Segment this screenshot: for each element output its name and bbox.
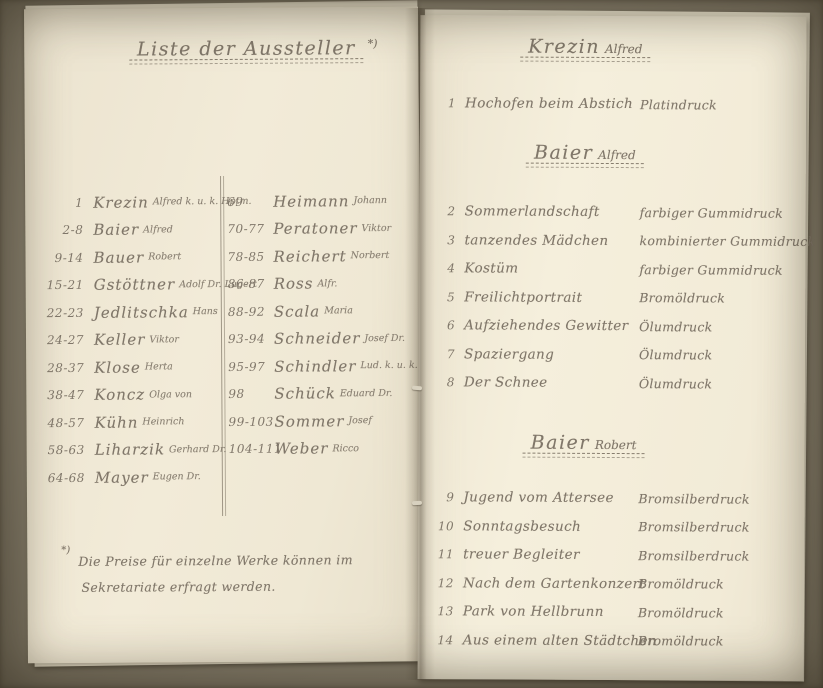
exhibitor-given-name: Gerhard Dr.: [169, 444, 226, 455]
catalog-number: 22-23: [34, 306, 84, 320]
catalog-number: 9-14: [33, 251, 83, 265]
work-row: 13Park von HellbrunnBromöldruck: [426, 597, 800, 627]
section-entries: 1Hochofen beim AbstichPlatindruck: [428, 89, 802, 119]
left-page: Liste der Aussteller*) 1KrezinAlfred k. …: [24, 7, 422, 663]
catalog-number: 98: [228, 387, 270, 401]
exhibitor-given-name: Herta: [145, 362, 173, 373]
exhibitor-surname: Schück: [274, 385, 336, 403]
work-row: 14Aus einem alten StädtchenBromöldruck: [426, 626, 800, 656]
section-heading: BaierAlfred: [420, 141, 750, 168]
work-technique: Ölumdruck: [639, 347, 801, 363]
work-technique: Bromsilberdruck: [638, 491, 800, 507]
exhibitor-given-name: Robert: [148, 252, 181, 263]
section-exhibitor-given-name: Alfred: [598, 148, 636, 162]
footnote-line: Die Preise für einzelne Werke können im: [78, 547, 353, 575]
work-number: 6: [427, 318, 455, 332]
work-number: 7: [427, 347, 455, 361]
work-technique: Bromsilberdruck: [638, 519, 800, 535]
exhibitor-given-name: Ricco: [332, 443, 359, 454]
work-number: 13: [426, 604, 454, 618]
exhibitor-column-left: 1KrezinAlfred k. u. k. Hptm. 2-8BaierAlf…: [33, 188, 221, 492]
exhibitor-surname: Koncz: [94, 386, 145, 404]
exhibitor-surname: Krezin: [93, 193, 149, 211]
exhibitor-surname: Gstöttner: [94, 276, 176, 294]
exhibitor-surname: Jedlitschka: [94, 303, 189, 322]
exhibitor-given-name: Viktor: [362, 223, 392, 234]
work-title: Jugend vom Attersee: [457, 490, 635, 507]
catalog-number: 88-92: [228, 304, 270, 318]
exhibitor-surname: Reichert: [273, 247, 346, 265]
exhibitor-row: 104-111WeberRicco: [229, 434, 419, 463]
exhibitor-surname: Keller: [94, 331, 145, 349]
exhibitor-given-name: Eduard Dr.: [340, 388, 393, 399]
work-number: 2: [428, 204, 456, 218]
work-row: 11treuer BegleiterBromsilberdruck: [426, 540, 800, 570]
work-technique: farbiger Gummidruck: [640, 205, 802, 221]
exhibitor-row: 2-8BaierAlfred: [33, 216, 219, 245]
work-title: Spaziergang: [458, 346, 636, 363]
exhibitor-row: 48-57KühnHeinrich: [34, 408, 220, 437]
exhibitor-surname: Ross: [274, 275, 314, 293]
work-row: 8Der SchneeÖlumdruck: [427, 368, 801, 398]
exhibitor-surname: Weber: [275, 440, 329, 458]
work-number: 14: [426, 633, 454, 647]
catalog-number: 58-63: [35, 443, 85, 457]
work-technique: Ölumdruck: [639, 319, 801, 335]
exhibitor-surname: Schneider: [274, 329, 360, 348]
exhibitor-given-name: Alfr.: [317, 278, 337, 289]
exhibitor-surname: Sommer: [274, 412, 344, 430]
exhibitor-given-name: Josef: [348, 415, 372, 426]
work-technique: Bromsilberdruck: [638, 548, 800, 564]
catalog-number: 15-21: [34, 278, 84, 292]
catalog-number: 78-85: [227, 249, 269, 263]
work-row: 12Nach dem GartenkonzertBromöldruck: [426, 569, 800, 599]
footnote-marker: *): [61, 545, 70, 601]
footnote-line: Sekretariate erfragt werden.: [81, 573, 353, 601]
exhibitor-given-name: Alfred: [143, 224, 173, 235]
exhibitor-row: 58-63LiharzikGerhard Dr.: [35, 436, 221, 465]
section-exhibitor-given-name: Alfred: [605, 42, 643, 56]
work-title: tanzendes Mädchen: [458, 232, 636, 249]
work-technique: kombinierter Gummidruck: [639, 233, 815, 249]
exhibitor-row: 15-21GstöttnerAdolf Dr. Lugert: [34, 271, 220, 300]
work-row: 4Kostümfarbiger Gummidruck: [427, 254, 801, 284]
work-number: 3: [427, 233, 455, 247]
work-number: 10: [426, 519, 454, 533]
work-number: 11: [426, 547, 454, 561]
work-row: 2Sommerlandschaftfarbiger Gummidruck: [428, 197, 802, 227]
exhibitor-given-name: Olga von: [149, 389, 192, 400]
work-number: 5: [427, 290, 455, 304]
exhibitor-surname: Baier: [93, 221, 139, 239]
exhibitor-surname: Kühn: [94, 413, 138, 431]
section-entries: 9Jugend vom AtterseeBromsilberdruck 10So…: [426, 483, 801, 656]
work-technique: Platindruck: [640, 97, 802, 113]
exhibitor-row: 86-87RossAlfr.: [228, 269, 418, 298]
exhibitor-row: 28-37KloseHerta: [34, 353, 220, 382]
catalog-number: 24-27: [34, 333, 84, 347]
catalog-number: 104-111: [229, 442, 271, 456]
work-row: 3tanzendes Mädchenkombinierter Gummidruc…: [427, 226, 801, 256]
work-row: 7SpaziergangÖlumdruck: [427, 340, 801, 370]
column-divider: [220, 176, 226, 516]
exhibitor-row: 22-23JedlitschkaHans: [34, 298, 220, 327]
work-technique: Bromöldruck: [638, 576, 800, 592]
footnote: *) Die Preise für einzelne Werke können …: [61, 547, 353, 601]
photograph-of-booklet: Liste der Aussteller*) 1KrezinAlfred k. …: [0, 0, 823, 688]
work-title: Kostüm: [458, 261, 636, 278]
exhibitor-column-right: 69HeimannJohann 70-77PeratonerViktor 78-…: [227, 187, 419, 463]
catalog-number: 38-47: [34, 388, 84, 402]
exhibitor-row: 38-47KonczOlga von: [34, 381, 220, 410]
work-title: Sommerlandschaft: [459, 204, 637, 221]
work-technique: Bromöldruck: [638, 605, 800, 621]
section-heading: KrezinAlfred: [420, 35, 750, 62]
work-row: 1Hochofen beim AbstichPlatindruck: [428, 89, 802, 119]
exhibitor-given-name: Hans: [193, 306, 218, 317]
exhibitor-row: 88-92ScalaMaria: [228, 297, 418, 326]
work-row: 10SonntagsbesuchBromsilberdruck: [426, 512, 800, 542]
work-row: 5FreilichtportraitBromöldruck: [427, 283, 801, 313]
exhibitor-row: 69HeimannJohann: [227, 187, 417, 216]
title-footnote-marker: *): [368, 37, 378, 50]
exhibitor-surname: Heimann: [273, 192, 349, 210]
footnote-text: Die Preise für einzelne Werke können im …: [78, 547, 353, 601]
catalog-number: 99-103: [228, 414, 270, 428]
page-title-text: Liste der Aussteller: [131, 37, 362, 64]
catalog-number: 93-94: [228, 332, 270, 346]
work-number: 12: [426, 576, 454, 590]
catalog-number: 64-68: [35, 471, 85, 485]
work-number: 4: [427, 261, 455, 275]
section-exhibitor-surname: Baier: [534, 142, 593, 164]
catalog-number: 1: [33, 196, 83, 210]
exhibitor-surname: Liharzik: [95, 441, 165, 459]
work-title: Nach dem Gartenkonzert: [457, 575, 635, 592]
exhibitor-surname: Schindler: [274, 357, 356, 376]
work-title: treuer Begleiter: [457, 547, 635, 564]
work-technique: Bromöldruck: [639, 290, 801, 306]
catalog-number: 86-87: [228, 277, 270, 291]
work-title: Sonntagsbesuch: [457, 518, 635, 535]
work-title: Hochofen beim Abstich: [459, 96, 637, 113]
exhibitor-row: 9-14BauerRobert: [33, 243, 219, 272]
exhibitor-row: 93-94SchneiderJosef Dr.: [228, 324, 418, 353]
work-row: 9Jugend vom AtterseeBromsilberdruck: [426, 483, 800, 513]
binding-stitch: [412, 501, 422, 506]
exhibitor-surname: Mayer: [95, 468, 149, 486]
section-exhibitor-surname: Krezin: [528, 36, 600, 58]
exhibitor-given-name: Norbert: [351, 250, 390, 261]
exhibitor-surname: Scala: [274, 302, 320, 320]
exhibitor-row: 24-27KellerViktor: [34, 326, 220, 355]
exhibitor-given-name: Josef Dr.: [364, 333, 405, 344]
catalog-number: 48-57: [34, 416, 84, 430]
exhibitor-row: 1KrezinAlfred k. u. k. Hptm.: [33, 188, 219, 217]
work-technique: Ölumdruck: [639, 376, 801, 392]
catalog-number: 70-77: [227, 222, 269, 236]
exhibitor-surname: Bauer: [93, 248, 144, 266]
section-entries: 2Sommerlandschaftfarbiger Gummidruck 3ta…: [427, 197, 802, 398]
work-title: Aus einem alten Städtchen: [457, 632, 635, 649]
catalog-number: 69: [227, 194, 269, 208]
work-title: Aufziehendes Gewitter: [458, 318, 636, 335]
work-number: 9: [426, 490, 454, 504]
binding-stitch: [412, 386, 422, 391]
work-number: 1: [428, 96, 456, 110]
exhibitor-surname: Klose: [94, 358, 141, 376]
exhibitor-row: 99-103SommerJosef: [228, 407, 418, 436]
exhibitor-given-name: Maria: [324, 305, 353, 316]
catalog-number: 28-37: [34, 361, 84, 375]
exhibitor-given-name: Eugen Dr.: [153, 471, 201, 482]
exhibitor-row: 64-68MayerEugen Dr.: [35, 463, 221, 492]
exhibitor-row: 70-77PeratonerViktor: [227, 214, 417, 243]
section-exhibitor-given-name: Robert: [595, 438, 637, 452]
section-exhibitor-surname: Baier: [531, 432, 590, 454]
catalog-number: 2-8: [33, 223, 83, 237]
right-page: KrezinAlfred 1Hochofen beim AbstichPlati…: [418, 15, 807, 681]
work-technique: Bromöldruck: [638, 633, 800, 649]
exhibitor-row: 95-97SchindlerLud. k. u. k. Hptm.: [228, 352, 418, 381]
section-heading: BaierRobert: [419, 431, 749, 458]
page-title: Liste der Aussteller*): [104, 37, 404, 65]
work-title: Der Schnee: [458, 375, 636, 392]
exhibitor-given-name: Johann: [353, 195, 387, 206]
work-row: 6Aufziehendes GewitterÖlumdruck: [427, 311, 801, 341]
exhibitor-surname: Peratoner: [273, 219, 357, 238]
catalog-number: 95-97: [228, 359, 270, 373]
work-technique: farbiger Gummidruck: [639, 262, 801, 278]
work-title: Park von Hellbrunn: [457, 604, 635, 621]
exhibitor-row: 98SchückEduard Dr.: [228, 379, 418, 408]
exhibitor-given-name: Viktor: [149, 334, 179, 345]
work-number: 8: [427, 375, 455, 389]
work-title: Freilichtportrait: [458, 289, 636, 306]
exhibitor-given-name: Heinrich: [142, 416, 184, 427]
exhibitor-row: 78-85ReichertNorbert: [227, 242, 417, 271]
